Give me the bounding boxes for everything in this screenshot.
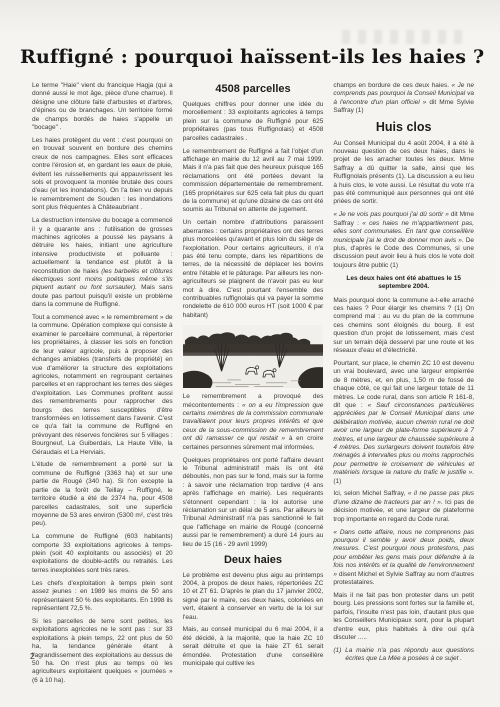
text-segment: Un certain nombre d'attributions paraiss…: [183, 219, 324, 318]
paragraph: Ici, selon Michel Saffray, « il ne passe…: [333, 490, 474, 524]
scan-artifact: [342, 30, 462, 44]
paragraph: Un certain nombre d'attributions paraiss…: [183, 219, 324, 320]
column-2: 4508 parcelles Quelques chiffres pour do…: [183, 82, 324, 690]
bocage-illustration: [183, 325, 324, 389]
paragraph: Les haies protègent du vent : c'est pour…: [32, 137, 173, 213]
paragraph: Au Conseil Municipal du 4 août 2004, il …: [333, 140, 474, 207]
paragraph: Pourtant, sur place, le chemin ZC 10 est…: [333, 360, 474, 486]
paragraph: Si les parcelles de terre sont petites, …: [32, 618, 173, 685]
text-segment: Mais, au conseil municipal du 6 mai 2004…: [183, 626, 324, 667]
paragraph: champs en bordure de ces deux haies. « J…: [333, 82, 474, 116]
text-segment: Si les parcelles de terre sont petites, …: [32, 618, 173, 684]
text-segment: (1): [333, 478, 341, 485]
section-heading-huis-clos: Huis clos: [333, 121, 474, 133]
text-segment: Ici, selon Michel Saffray,: [333, 490, 408, 497]
subhead-haies-abattues: Les deux haies ont été abattues le 15 se…: [337, 275, 470, 292]
italic-text-segment: « Je ne vois pas pourquoi j'ai dû sortir…: [333, 211, 449, 218]
paragraph: Le problème est devenu plus aigu au prin…: [183, 572, 324, 622]
text-segment: La commune de Ruffigné (603 habitants) c…: [32, 533, 173, 574]
paragraph: « Dans cette affaire, nous ne comprenons…: [333, 529, 474, 588]
paragraph: Mais pourquoi donc la commune a-t-elle a…: [333, 297, 474, 356]
paragraph: La commune de Ruffigné (603 habitants) c…: [32, 533, 173, 575]
text-segment: Mais il ne fait pas bon protester dans u…: [333, 592, 474, 641]
text-segment: Quelques propriétaires ont porté l'affai…: [183, 457, 324, 548]
section-heading-deux-haies: Deux haies: [183, 554, 324, 566]
article-columns: Le terme "Haie" vient du francique Hagja…: [0, 74, 500, 690]
text-segment: Tout a commencé avec « le remembrement »…: [32, 314, 173, 456]
column-1: Le terme "Haie" vient du francique Hagja…: [32, 82, 173, 690]
text-segment: Le remembrement de Ruffigné a fait l'obj…: [183, 148, 324, 214]
paragraph: La destruction intensive du bocage a com…: [32, 217, 173, 309]
text-segment: Au Conseil Municipal du 4 août 2004, il …: [333, 140, 474, 206]
text-segment: disent Michel et Sylvie Saffray au nom d…: [333, 571, 474, 586]
text-segment: Mais pourquoi donc la commune a-t-elle a…: [333, 297, 474, 354]
paragraph: Quelques propriétaires ont porté l'affai…: [183, 457, 324, 549]
footnote: (1) La mairie n'a pas répondu aux questi…: [333, 647, 474, 664]
text-segment: champs en bordure de ces deux haies.: [333, 82, 451, 89]
paragraph: Mais il ne fait pas bon protester dans u…: [333, 592, 474, 642]
paragraph: L'étude de remembrement a porté sur la c…: [32, 461, 173, 528]
paragraph: « Je ne vois pas pourquoi j'ai dû sortir…: [333, 211, 474, 270]
text-segment: Le problème est devenu plus aigu au prin…: [183, 572, 324, 621]
paragraph: Les chefs d'exploitation à temps plein s…: [32, 580, 173, 614]
paragraph: Tout a commencé avec « le remembrement »…: [32, 314, 173, 457]
section-heading-4508-parcelles: 4508 parcelles: [183, 83, 324, 95]
text-segment: L'étude de remembrement a porté sur la c…: [32, 461, 173, 527]
text-segment: La destruction intensive du bocage a com…: [32, 217, 173, 274]
text-segment: Le terme "Haie" vient du francique Hagja…: [32, 82, 173, 131]
bocage-illustration-drawing: [183, 325, 324, 389]
italic-text-segment: (1) La mairie n'a pas répondu aux questi…: [333, 647, 474, 662]
text-segment: Les chefs d'exploitation à temps plein s…: [32, 580, 173, 612]
text-segment: Les haies protègent du vent : c'est pour…: [32, 137, 173, 211]
column-3: champs en bordure de ces deux haies. « J…: [333, 82, 474, 690]
newsletter-page: Ruffigné : pourquoi haïssent-ils les hai…: [0, 0, 500, 707]
text-segment: Quelques chiffres pour donner une idée d…: [183, 101, 324, 142]
italic-text-segment: « Sauf circonstances particulières appré…: [333, 402, 474, 476]
paragraph: Le remembrement a provoqué des mécontent…: [183, 393, 324, 452]
paragraph: Quelques chiffres pour donner une idée d…: [183, 101, 324, 143]
paragraph: Le terme "Haie" vient du francique Hagja…: [32, 82, 173, 132]
page-number: 2: [30, 651, 35, 661]
paragraph: Le remembrement de Ruffigné a fait l'obj…: [183, 148, 324, 215]
paragraph: Mais, au conseil municipal du 6 mai 2004…: [183, 626, 324, 668]
